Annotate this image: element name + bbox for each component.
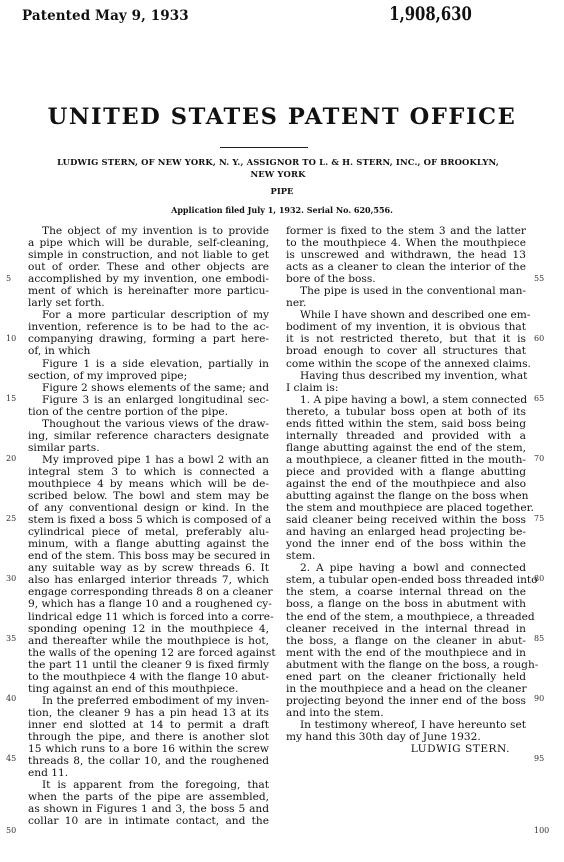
text-line: In the preferred embodiment of my inven-: [28, 695, 269, 707]
text-line: inner end slotted at 14 to permit a draf…: [28, 719, 269, 731]
text-line: flange abutting against the end of the s…: [286, 442, 526, 454]
text-line: Thoughout the various views of the draw-: [28, 418, 269, 430]
text-line: simple in construction, and not liable t…: [28, 249, 269, 261]
text-line: ends fitted within the stem, said boss b…: [286, 418, 526, 430]
text-line: tion, the cleaner 9 has a pin head 13 at…: [28, 707, 269, 719]
text-line: stem.: [286, 550, 526, 562]
line-number: 50: [6, 826, 16, 835]
text-line: abutment with the flange on the boss, a …: [286, 659, 526, 671]
text-line: companying drawing, forming a part here-: [28, 333, 269, 345]
text-line: mouthpiece 4 by means which will be de-: [28, 478, 269, 490]
line-number: 90: [534, 694, 544, 703]
right-column: former is fixed to the stem 3 and the la…: [286, 225, 526, 755]
text-line: similar parts.: [28, 442, 269, 454]
text-line: thereto, a tubular boss open at both of …: [286, 406, 526, 418]
text-line: engage corresponding threads 8 on a clea…: [28, 586, 269, 598]
inventor-line-1: LUDWIG STERN, OF NEW YORK, N. Y., ASSIGN…: [18, 156, 538, 168]
inventor-line-2: NEW YORK: [18, 168, 538, 180]
text-line: to the mouthpiece 4 with the flange 10 a…: [28, 671, 269, 683]
text-line: and having an enlarged head projecting b…: [286, 526, 526, 538]
text-line: to the mouthpiece 4. When the mouthpiece: [286, 237, 526, 249]
line-number: 30: [6, 574, 16, 583]
text-line: tion of the centre portion of the pipe.: [28, 406, 269, 418]
text-line: lindrical edge 11 which is forced into a…: [28, 611, 269, 623]
text-line: any suitable way as by screw threads 6. …: [28, 562, 269, 574]
text-line: of any conventional design or kind. In t…: [28, 502, 269, 514]
text-line: the walls of the opening 12 are forced a…: [28, 647, 269, 659]
text-line: of, in which: [28, 345, 269, 357]
text-line: the stem and mouthpiece are placed toget…: [286, 502, 526, 514]
line-number: 55: [534, 274, 544, 283]
text-line: in the mouthpiece and a head on the clea…: [286, 683, 526, 695]
line-number: 20: [6, 454, 16, 463]
text-line: ment of which is hereinafter more partic…: [28, 285, 269, 297]
inventor-block: LUDWIG STERN, OF NEW YORK, N. Y., ASSIGN…: [18, 156, 538, 180]
application-info: Application filed July 1, 1932. Serial N…: [0, 205, 564, 215]
line-number: 75: [534, 514, 544, 523]
text-line: 9, which has a flange 10 and a roughened…: [28, 598, 269, 610]
text-line: section, of my improved pipe;: [28, 370, 269, 382]
text-line: ner.: [286, 297, 526, 309]
line-number: 35: [6, 634, 16, 643]
text-line: when the parts of the pipe are assembled…: [28, 791, 269, 803]
line-number: 80: [534, 574, 544, 583]
text-line: Figure 3 is an enlarged longitudinal sec…: [28, 394, 269, 406]
line-number: 70: [534, 454, 544, 463]
title-rule: [220, 147, 308, 148]
text-line: Figure 1 is a side elevation, partially …: [28, 358, 269, 370]
text-line: My improved pipe 1 has a bowl 2 with an: [28, 454, 269, 466]
line-number: 100: [534, 826, 549, 835]
text-line: the boss, a flange on the cleaner in abu…: [286, 635, 526, 647]
text-line: Figure 2 shows elements of the same; and: [28, 382, 269, 394]
text-line: abutting against the flange on the boss …: [286, 490, 526, 502]
text-line: accomplished by my invention, one embodi…: [28, 273, 269, 285]
line-number: 65: [534, 394, 544, 403]
text-line: ing, similar reference characters design…: [28, 430, 269, 442]
text-line: ment with the end of the mouthpiece and …: [286, 647, 526, 659]
text-line: For a more particular description of my: [28, 309, 269, 321]
subject-title: PIPE: [0, 186, 564, 196]
text-line: projecting beyond the inner end of the b…: [286, 695, 526, 707]
line-number: 60: [534, 334, 544, 343]
text-line: the part 11 until the cleaner 9 is fixed…: [28, 659, 269, 671]
text-line: The object of my invention is to provide: [28, 225, 269, 237]
text-line: invention, reference is to be had to the…: [28, 321, 269, 333]
patent-date: Patented May 9, 1933: [22, 8, 189, 24]
signature: LUDWIG STERN.: [286, 743, 526, 755]
text-line: through the pipe, and there is another s…: [28, 731, 269, 743]
text-line: threads 8, the collar 10, and the roughe…: [28, 755, 269, 767]
text-line: The pipe is used in the conventional man…: [286, 285, 526, 297]
text-line: against the end of the mouthpiece and al…: [286, 478, 526, 490]
text-line: former is fixed to the stem 3 and the la…: [286, 225, 526, 237]
text-line: the end of the stem, a mouthpiece, a thr…: [286, 611, 526, 623]
text-line: While I have shown and described one em-: [286, 309, 526, 321]
line-number: 25: [6, 514, 16, 523]
text-line: out of order. These and other objects ar…: [28, 261, 269, 273]
text-line: bore of the boss.: [286, 273, 526, 285]
text-line: larly set forth.: [28, 297, 269, 309]
line-number: 85: [534, 634, 544, 643]
text-line: cylindrical piece of metal, preferably a…: [28, 526, 269, 538]
text-line: come within the scope of the annexed cla…: [286, 358, 526, 370]
text-line: sponding opening 12 in the mouthpiece 4,: [28, 623, 269, 635]
text-line: I claim is:: [286, 382, 526, 394]
patent-number: 1,908,630: [389, 3, 472, 25]
text-line: Having thus described my invention, what: [286, 370, 526, 382]
text-line: integral stem 3 to which is connected a: [28, 466, 269, 478]
text-line: also has enlarged interior threads 7, wh…: [28, 574, 269, 586]
line-number: 5: [6, 274, 11, 283]
text-line: as shown in Figures 1 and 3, the boss 5 …: [28, 803, 269, 815]
text-line: scribed below. The bowl and stem may be: [28, 490, 269, 502]
text-line: my hand this 30th day of June 1932.: [286, 731, 526, 743]
line-number: 45: [6, 754, 16, 763]
line-number: 40: [6, 694, 16, 703]
text-line: collar 10 are in intimate contact, and t…: [28, 815, 269, 827]
text-line: internally threaded and provided with a: [286, 430, 526, 442]
text-line: stem, a tubular open-ended boss threaded…: [286, 574, 526, 586]
text-line: stem is fixed a boss 5 which is composed…: [28, 514, 269, 526]
text-line: a mouthpiece, a cleaner fitted in the mo…: [286, 454, 526, 466]
text-line: a pipe which will be durable, self-clean…: [28, 237, 269, 249]
text-line: is unscrewed and withdrawn, the head 13: [286, 249, 526, 261]
line-number: 10: [6, 334, 16, 343]
text-line: It is apparent from the foregoing, that: [28, 779, 269, 791]
text-line: bodiment of my invention, it is obvious …: [286, 321, 526, 333]
line-number: 95: [534, 754, 544, 763]
text-line: minum, with a flange abutting against th…: [28, 538, 269, 550]
text-line: In testimony whereof, I have hereunto se…: [286, 719, 526, 731]
text-line: and thereafter while the mouthpiece is h…: [28, 635, 269, 647]
text-line: 2. A pipe having a bowl and connected: [286, 562, 526, 574]
text-line: ting against an end of this mouthpiece.: [28, 683, 269, 695]
text-line: the stem, a coarse internal thread on th…: [286, 586, 526, 598]
text-line: piece and provided with a flange abuttin…: [286, 466, 526, 478]
text-line: end 11.: [28, 767, 269, 779]
text-line: 1. A pipe having a bowl, a stem connecte…: [286, 394, 526, 406]
text-line: and into the stem.: [286, 707, 526, 719]
line-number: 15: [6, 394, 16, 403]
text-line: acts as a cleaner to clean the interior …: [286, 261, 526, 273]
text-line: boss, a flange on the boss in abutment w…: [286, 598, 526, 610]
text-line: it is not restricted thereto, but that i…: [286, 333, 526, 345]
office-title: UNITED STATES PATENT OFFICE: [0, 104, 564, 130]
text-line: yond the inner end of the boss within th…: [286, 538, 526, 550]
text-line: cleaner received in the internal thread …: [286, 623, 526, 635]
text-line: ened part on the cleaner frictionally he…: [286, 671, 526, 683]
left-column: The object of my invention is to provide…: [28, 225, 269, 827]
text-line: 15 which runs to a bore 16 within the sc…: [28, 743, 269, 755]
text-line: said cleaner being received within the b…: [286, 514, 526, 526]
text-line: end of the stem. This boss may be secure…: [28, 550, 269, 562]
text-line: broad enough to cover all structures tha…: [286, 345, 526, 357]
